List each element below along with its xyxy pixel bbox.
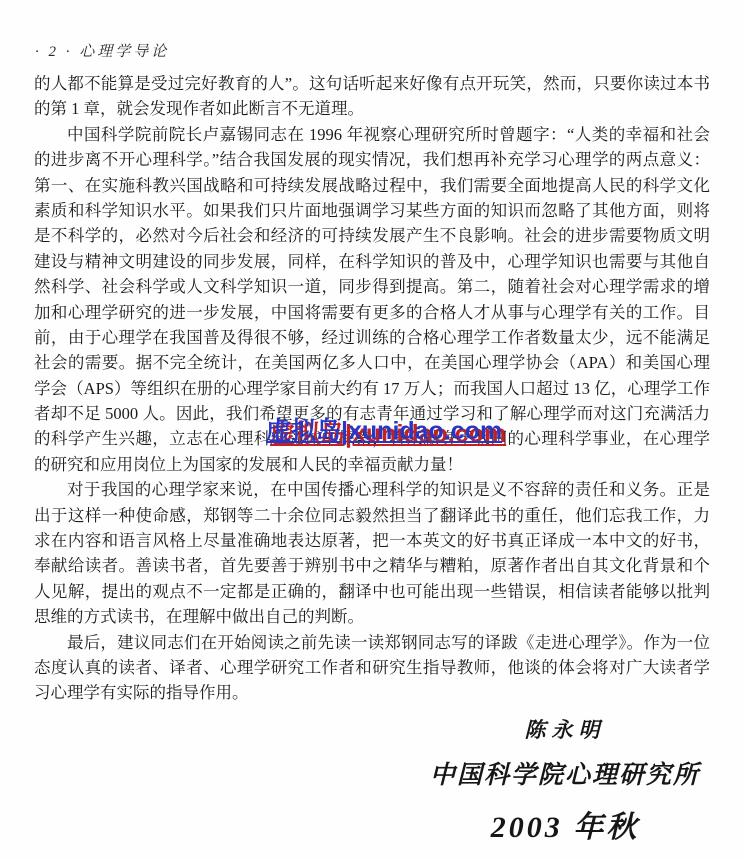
text-line: 第一、在实施科教兴国战略和可持续发展战略过程中，我们需要全面地提高人民的科学文化 [34, 173, 710, 198]
text-line: 素质和科学知识水平。如果我们只片面地强调学习某些方面的知识而忽略了其他方面，则将 [34, 198, 710, 223]
watermark: 虚拟岛|xunidao.com 虚拟岛|xunidao.com [266, 419, 502, 444]
text-line: 人见解，提出的观点不一定都是正确的，翻译中也可能出现一些错误，相信读者能够以批判 [34, 579, 710, 604]
text-line: 求在内容和语言风格上尽量准确地表达原著，把一本英文的好书真正译成一本中文的好书， [34, 528, 710, 553]
running-header: · 2 · 心理学导论 [35, 40, 169, 61]
text-line: 社会的需要。据不完全统计，在美国两亿多人口中，在美国心理学协会（APA）和美国心… [34, 350, 710, 375]
text-line: 建设与精神文明建设的同步发展，同样，在科学知识的普及中，心理学知识也需要与其他自 [34, 249, 710, 274]
text-line: 加和心理学研究的进一步发展，中国将需要有更多的合格人才从事与心理学有关的工作。目 [34, 300, 710, 325]
body-text: 的人都不能算是受过完好教育的人”。这句话听起来好像有点开玩笑，然而，只要你读过本… [34, 71, 710, 706]
text-line: 对于我国的心理学家来说，在中国传播心理科学的知识是义不容辞的责任和义务。正是 [34, 477, 710, 502]
text-line: 的研究和应用岗位上为国家的发展和人民的幸福贡献力量！ [34, 452, 710, 477]
text-line: 习心理学有实际的指导作用。 [34, 680, 710, 705]
text-line: 态度认真的读者、译者、心理学研究工作者和研究生指导教师，他谈的体会将对广大读者学 [34, 655, 710, 680]
text-line: 的第 1 章，就会发现作者如此断言不无道理。 [34, 96, 710, 121]
text-line: 最后，建议同志们在开始阅读之前先读一读郑钢同志写的译跋《走进心理学》。作为一位 [34, 630, 710, 655]
text-line: 奉献给读者。善读书者，首先要善于辨别书中之精华与糟粕，原著作者出自其文化背景和个 [34, 553, 710, 578]
watermark-text: 虚拟岛|xunidao.com [266, 417, 502, 445]
text-line: 中国科学院前院长卢嘉锡同志在 1996 年视察心理研究所时曾题字：“人类的幸福和… [34, 122, 710, 147]
signature-block: 陈永明 中国科学院心理研究所 2003 年秋 [400, 714, 730, 846]
signature-affiliation: 中国科学院心理研究所 [400, 755, 730, 791]
text-line: 思维的方式读书，在理解中做出自己的判断。 [34, 604, 710, 629]
signature-name: 陈永明 [400, 714, 730, 744]
signature-date: 2003 年秋 [400, 802, 730, 846]
text-line: 学会（APS）等组织在册的心理学家目前大约有 17 万人；而我国人口超过 13 … [34, 376, 710, 401]
book-page: · 2 · 心理学导论 的人都不能算是受过完好教育的人”。这句话听起来好像有点开… [0, 0, 746, 860]
text-line: 是不科学的，必然对今后社会和经济的可持续发展产生不良影响。社会的进步需要物质文明 [34, 223, 710, 248]
text-line: 的进步离不开心理科学。”结合我国发展的现实情况，我们想再补充学习心理学的两点意义… [34, 147, 710, 172]
text-line: 的人都不能算是受过完好教育的人”。这句话听起来好像有点开玩笑，然而，只要你读过本… [34, 71, 710, 96]
text-line: 然科学、社会科学或人文科学知识一道，同步得到提高。第二，随着社会对心理学需求的增 [34, 274, 710, 299]
text-line: 出于这样一种使命感，郑钢等二十余位同志毅然担当了翻译此书的重任，他们忘我工作，力 [34, 503, 710, 528]
text-line: 前，由于心理学在我国普及得很不够，经过训练的合格心理学工作者数量太少，远不能满足 [34, 325, 710, 350]
